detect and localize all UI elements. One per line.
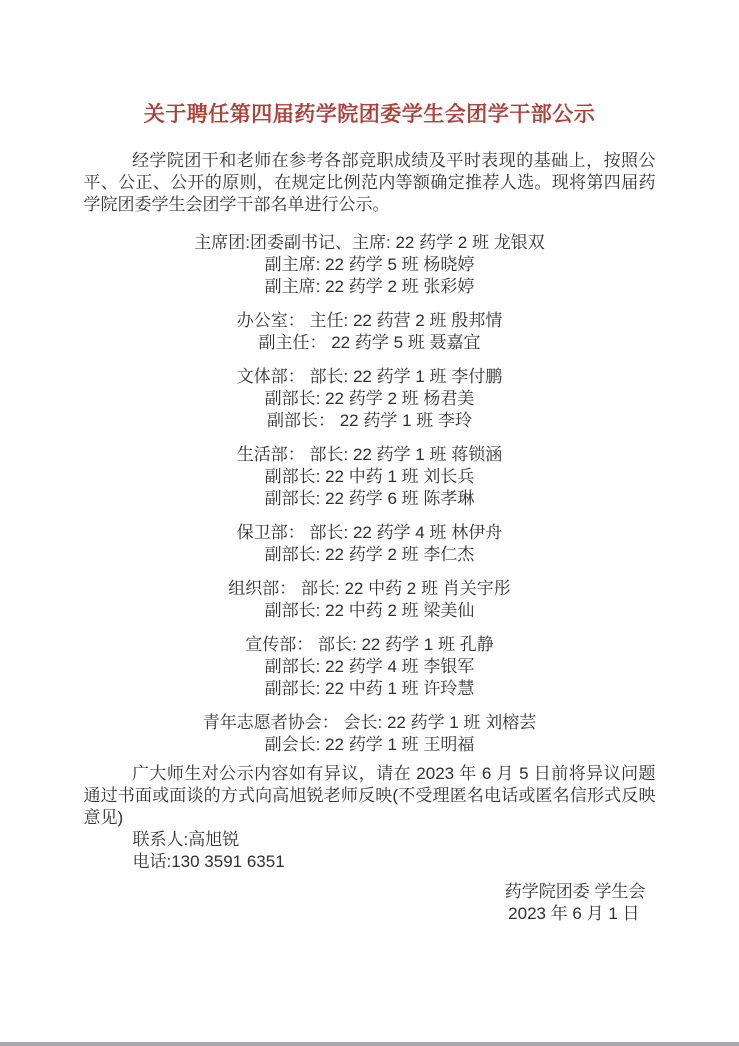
roster-line: 主席团:团委副书记、主席: 22 药学 2 班 龙银双 (0, 232, 739, 254)
roster-group: 保卫部： 部长: 22 药学 4 班 林伊舟副部长: 22 药学 2 班 李仁杰 (0, 522, 739, 566)
signature-org: 药学院团委 学生会 (84, 881, 646, 903)
roster-line: 副部长: 22 药学 2 班 杨君美 (0, 388, 739, 410)
document-page: 关于聘任第四届药学院团委学生会团学干部公示 经学院团干和老师在参考各部竞职成绩及… (0, 0, 739, 1046)
roster-line: 宣传部： 部长: 22 药学 1 班 孔静 (0, 634, 739, 656)
roster-line: 副部长: 22 药学 6 班 陈孝琳 (0, 488, 739, 510)
roster: 主席团:团委副书记、主席: 22 药学 2 班 龙银双副主席: 22 药学 5 … (0, 232, 739, 756)
contact-person: 联系人:高旭锐 (84, 829, 656, 851)
roster-line: 副会长: 22 药学 1 班 王明福 (0, 734, 739, 756)
roster-group: 宣传部： 部长: 22 药学 1 班 孔静副部长: 22 药学 4 班 李银军副… (0, 634, 739, 700)
roster-group: 办公室： 主任: 22 药营 2 班 殷邦情副主任： 22 药学 5 班 聂嘉宜 (0, 310, 739, 354)
roster-line: 办公室： 主任: 22 药营 2 班 殷邦情 (0, 310, 739, 332)
roster-group: 组织部： 部长: 22 中药 2 班 肖关宇彤副部长: 22 中药 2 班 梁美… (0, 578, 739, 622)
roster-line: 副部长： 22 药学 1 班 李玲 (0, 410, 739, 432)
roster-line: 文体部： 部长: 22 药学 1 班 李付鹏 (0, 366, 739, 388)
roster-group: 生活部： 部长: 22 药学 1 班 蒋锁涵副部长: 22 中药 1 班 刘长兵… (0, 444, 739, 510)
roster-line: 副主席: 22 药学 5 班 杨晓婷 (0, 254, 739, 276)
roster-group: 青年志愿者协会： 会长: 22 药学 1 班 刘榕芸副会长: 22 药学 1 班… (0, 712, 739, 756)
document-title: 关于聘任第四届药学院团委学生会团学干部公示 (0, 0, 739, 129)
contact-phone: 电话:130 3591 6351 (84, 851, 656, 873)
roster-line: 保卫部： 部长: 22 药学 4 班 林伊舟 (0, 522, 739, 544)
roster-line: 副部长: 22 中药 2 班 梁美仙 (0, 600, 739, 622)
roster-line: 青年志愿者协会： 会长: 22 药学 1 班 刘榕芸 (0, 712, 739, 734)
roster-line: 副主任： 22 药学 5 班 聂嘉宜 (0, 332, 739, 354)
roster-group: 主席团:团委副书记、主席: 22 药学 2 班 龙银双副主席: 22 药学 5 … (0, 232, 739, 298)
roster-line: 副部长: 22 中药 1 班 许玲慧 (0, 678, 739, 700)
roster-line: 副主席: 22 药学 2 班 张彩婷 (0, 276, 739, 298)
roster-line: 副部长: 22 药学 4 班 李银军 (0, 656, 739, 678)
roster-group: 文体部： 部长: 22 药学 1 班 李付鹏副部长: 22 药学 2 班 杨君美… (0, 366, 739, 432)
bottom-edge-bar (0, 1042, 739, 1046)
roster-line: 副部长: 22 药学 2 班 李仁杰 (0, 544, 739, 566)
roster-line: 生活部： 部长: 22 药学 1 班 蒋锁涵 (0, 444, 739, 466)
signature-date: 2023 年 6 月 1 日 (84, 903, 646, 925)
objection-notice: 广大师生对公示内容如有异议，请在 2023 年 6 月 5 日前将异议问题通过书… (84, 763, 656, 829)
intro-paragraph: 经学院团干和老师在参考各部竞职成绩及平时表现的基础上，按照公平、公正、公开的原则… (84, 150, 656, 216)
roster-line: 组织部： 部长: 22 中药 2 班 肖关宇彤 (0, 578, 739, 600)
signature-block: 药学院团委 学生会 2023 年 6 月 1 日 (84, 881, 656, 925)
roster-line: 副部长: 22 中药 1 班 刘长兵 (0, 466, 739, 488)
